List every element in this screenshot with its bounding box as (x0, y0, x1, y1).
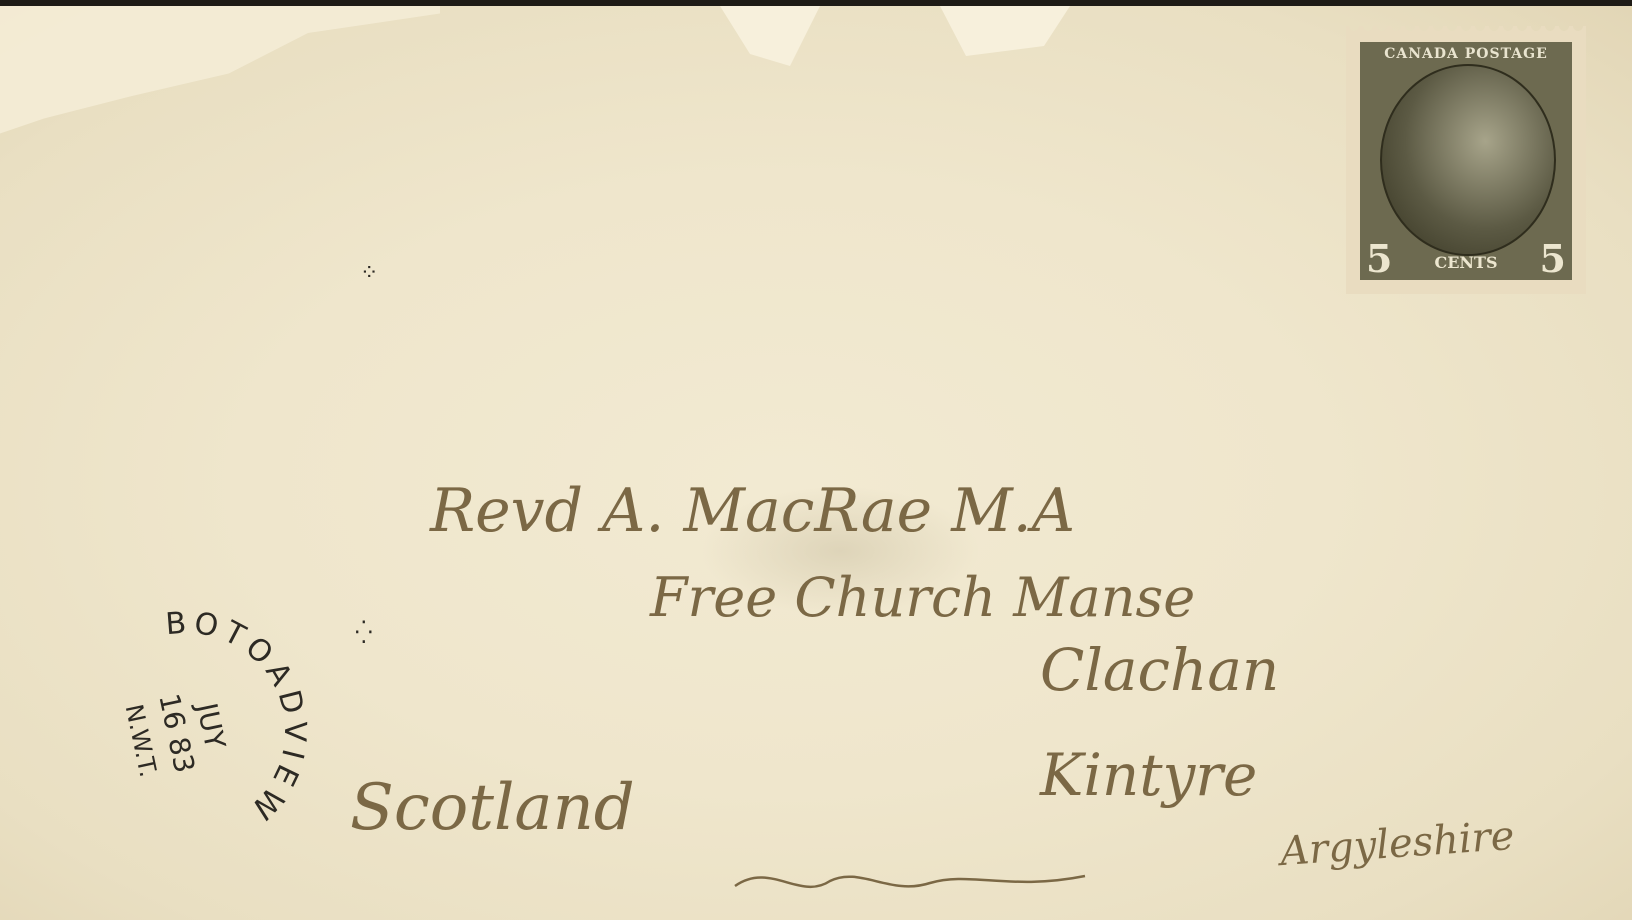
torn-edge (940, 6, 1070, 56)
postage-stamp: CANADA POSTAGE 5 CENTS 5 (1346, 26, 1586, 294)
address-country: Scotland (350, 771, 635, 845)
torn-edge (720, 6, 820, 66)
stamp-cents-text: CENTS (1434, 253, 1497, 272)
flourish-underline-icon (730, 861, 1090, 901)
address-line-manse: Free Church Manse (650, 566, 1195, 629)
ink-mark: ⁘ (360, 261, 378, 286)
stamp-top-text: CANADA POSTAGE (1360, 46, 1572, 62)
stamp-frame: CANADA POSTAGE 5 CENTS 5 (1360, 42, 1572, 280)
envelope: CANADA POSTAGE 5 CENTS 5 BOTOADVIEW JUY … (0, 0, 1632, 920)
address-line-name: Revd A. MacRae M.A (430, 476, 1075, 546)
stamp-denomination: 5 CENTS 5 (1360, 240, 1572, 278)
stamp-value-left: 5 (1366, 240, 1392, 278)
address-line-region: Kintyre (1040, 741, 1257, 809)
stamp-value-right: 5 (1540, 240, 1566, 278)
address-line-county: Argyleshire (1279, 813, 1516, 875)
torn-flap (0, 6, 440, 156)
queen-portrait-icon (1380, 64, 1556, 256)
ink-mark: ⁛ (355, 621, 373, 646)
address-line-town: Clachan (1040, 636, 1279, 704)
postmark: BOTOADVIEW JUY 16 83 N.W.T. (39, 583, 336, 880)
postmark-ring-icon: BOTOADVIEW JUY 16 83 N.W.T. (39, 583, 336, 880)
